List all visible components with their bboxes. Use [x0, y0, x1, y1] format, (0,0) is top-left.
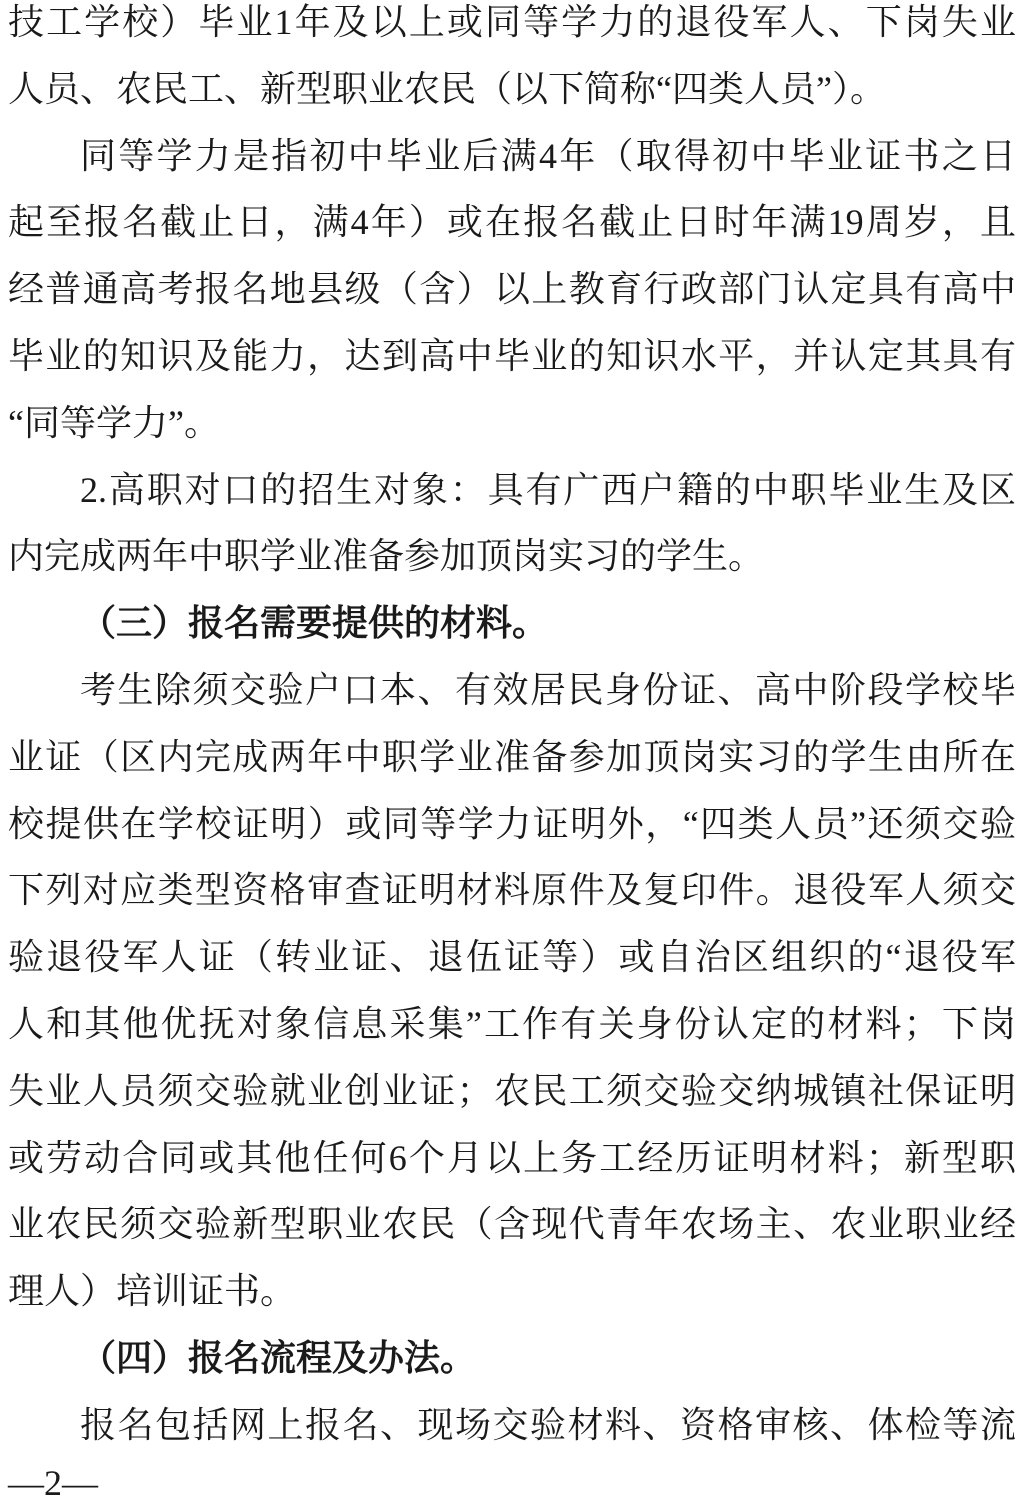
- document-body: 技工学校）毕业1年及以上或同等学力的退役军人、下岗失业人员、农民工、新型职业农民…: [0, 0, 1024, 1459]
- text-line: 同等学力是指初中毕业后满4年（取得初中毕业证书之日: [8, 123, 1016, 190]
- text-line: 2.高职对口的招生对象：具有广西户籍的中职毕业生及区: [8, 457, 1016, 524]
- text-line: 下列对应类型资格审查证明材料原件及复印件。退役军人须交: [8, 857, 1016, 924]
- text-line: 业证（区内完成两年中职学业准备参加顶岗实习的学生由所在: [8, 724, 1016, 791]
- section-heading: （四）报名流程及办法。: [8, 1325, 1016, 1392]
- text-line: 人和其他优抚对象信息采集”工作有关身份认定的材料；下岗: [8, 991, 1016, 1058]
- text-line: 报名包括网上报名、现场交验材料、资格审核、体检等流: [8, 1392, 1016, 1459]
- text-line: 验退役军人证（转业证、退伍证等）或自治区组织的“退役军: [8, 924, 1016, 991]
- text-line: 业农民须交验新型职业农民（含现代青年农场主、农业职业经: [8, 1191, 1016, 1258]
- text-line: 理人）培训证书。: [8, 1258, 1016, 1325]
- text-line: 毕业的知识及能力，达到高中毕业的知识水平，并认定其具有: [8, 323, 1016, 390]
- document-page: 技工学校）毕业1年及以上或同等学力的退役军人、下岗失业人员、农民工、新型职业农民…: [0, 0, 1024, 1505]
- text-line: 起至报名截止日，满4年）或在报名截止日时年满19周岁，且: [8, 189, 1016, 256]
- section-heading: （三）报名需要提供的材料。: [8, 590, 1016, 657]
- text-line: 失业人员须交验就业创业证；农民工须交验交纳城镇社保证明: [8, 1058, 1016, 1125]
- text-line: 或劳动合同或其他任何6个月以上务工经历证明材料；新型职: [8, 1125, 1016, 1192]
- text-line: “同等学力”。: [8, 390, 1016, 457]
- text-line: 人员、农民工、新型职业农民（以下简称“四类人员”）。: [8, 56, 1016, 123]
- text-line: 技工学校）毕业1年及以上或同等学力的退役军人、下岗失业: [8, 0, 1016, 56]
- text-line: 内完成两年中职学业准备参加顶岗实习的学生。: [8, 523, 1016, 590]
- text-line: 校提供在学校证明）或同等学力证明外，“四类人员”还须交验: [8, 791, 1016, 858]
- text-line: 考生除须交验户口本、有效居民身份证、高中阶段学校毕: [8, 657, 1016, 724]
- text-line: 经普通高考报名地县级（含）以上教育行政部门认定具有高中: [8, 256, 1016, 323]
- page-number: —2—: [8, 1463, 1024, 1503]
